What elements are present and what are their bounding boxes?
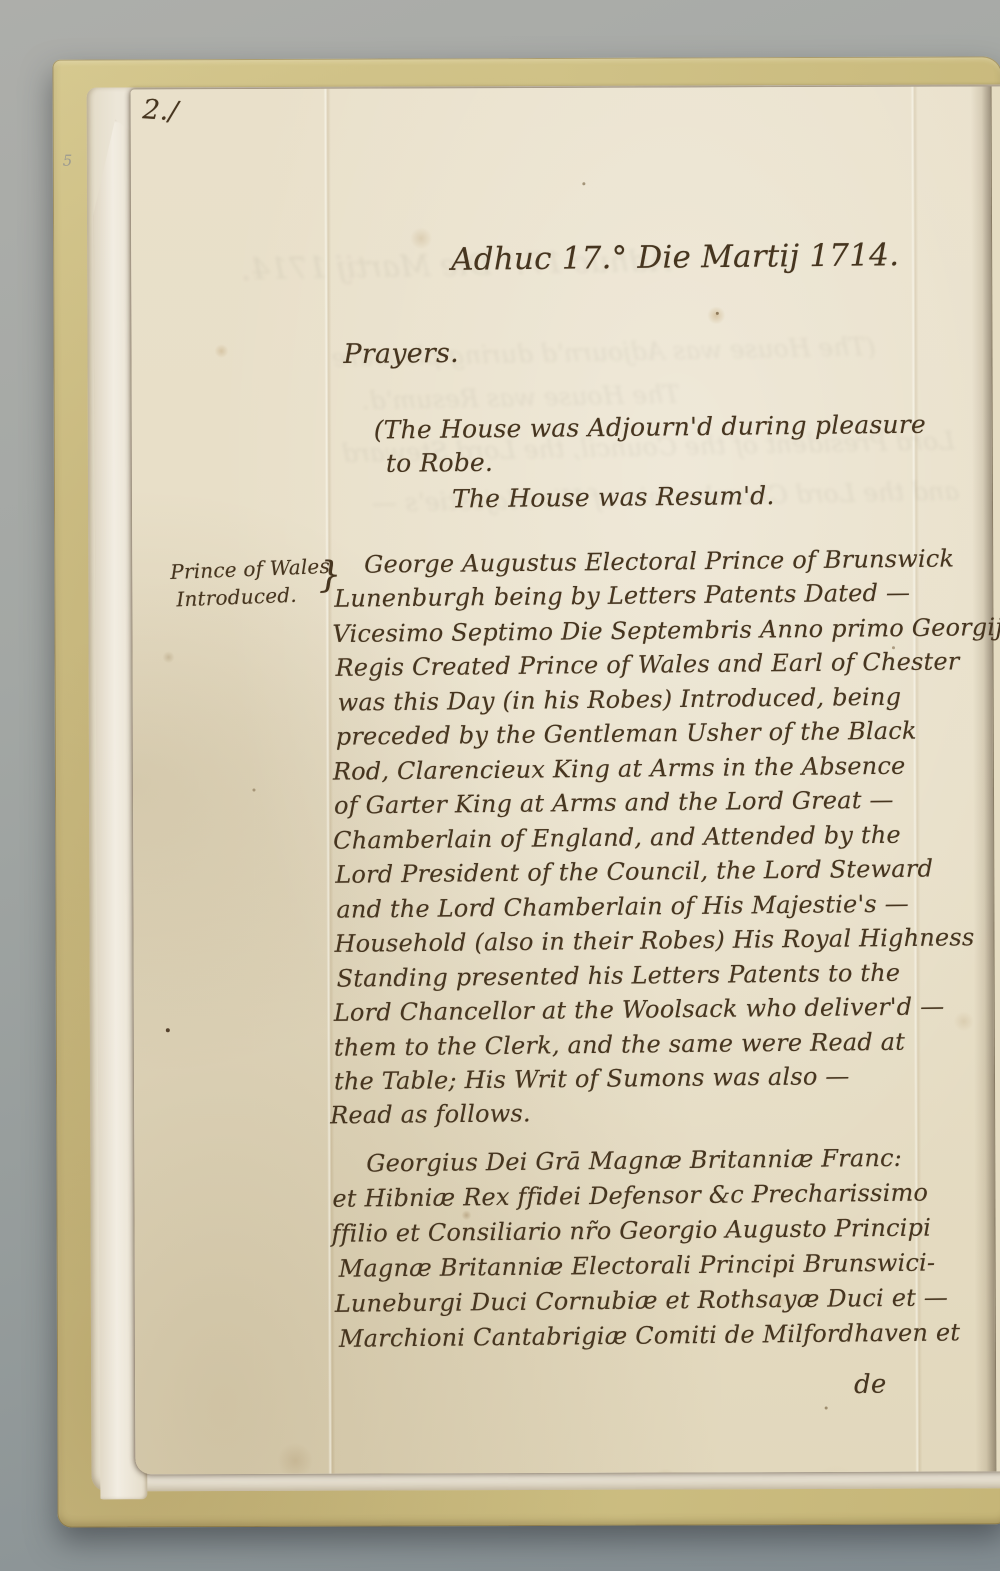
adjournment-line-1: (The House was Adjourn'd during pleasure (374, 410, 926, 445)
manuscript-line: Chamberlain of England, and Attended by … (333, 821, 901, 855)
manuscript-line: ffilio et Consiliario nr̃o Georgio Augus… (331, 1214, 931, 1248)
manuscript-line: Lunenburgh being by Letters Patents Date… (334, 579, 910, 613)
manuscript-photo: 5 Adhuc 17.° Die Martij 1714. (The House… (0, 0, 1000, 1571)
manuscript-line: Household (also in their Robes) His Roya… (334, 923, 974, 958)
manuscript-line: Read as follows. (330, 1099, 531, 1129)
adjournment-line-2: to Robe. (386, 448, 494, 478)
pencil-mark: 5 (63, 152, 73, 170)
page-heading: Adhuc 17.° Die Martij 1714. (451, 237, 899, 278)
manuscript-line: them to the Clerk, and the same were Rea… (334, 1028, 905, 1062)
manuscript-line: and the Lord Chamberlain of His Majestie… (336, 890, 909, 924)
resumed-line: The House was Resum'd. (452, 481, 775, 513)
margin-note-line: Introduced. (176, 583, 297, 612)
manuscript-line: Georgius Dei Grā Magnæ Britanniæ Franc: (366, 1144, 902, 1178)
manuscript-line: Marchioni Cantabrigiæ Comiti de Milfordh… (339, 1318, 961, 1353)
folio-number: 2./ (142, 94, 179, 127)
manuscript-line: Lord President of the Council, the Lord … (335, 855, 933, 889)
manuscript-line: the Table; His Writ of Sumons was also — (334, 1062, 850, 1095)
manuscript-line: Standing presented his Letters Patents t… (337, 959, 901, 993)
manuscript-line: Lord Chancellor at the Woolsack who deli… (334, 992, 945, 1026)
manuscript-line: Magnæ Britanniæ Electorali Principi Brun… (339, 1249, 936, 1283)
manuscript-line: preceded by the Gentleman Usher of the B… (336, 717, 917, 751)
ink-specks (131, 89, 133, 91)
manuscript-line: Luneburgi Duci Cornubiæ et Rothsayæ Duci… (335, 1283, 949, 1317)
manuscript-page: Adhuc 17.° Die Martij 1714. (The House w… (131, 86, 1000, 1474)
manuscript-line: George Augustus Electoral Prince of Brun… (364, 544, 954, 578)
margin-note-line: Prince of Wales (170, 554, 331, 584)
catchword: de (854, 1370, 887, 1400)
manuscript-line: Vicesimo Septimo Die Septembris Anno pri… (332, 613, 1000, 648)
manuscript-line: of Garter King at Arms and the Lord Grea… (334, 786, 894, 820)
manuscript-line: Rod, Clarencieux King at Arms in the Abs… (333, 752, 906, 786)
manuscript-line: was this Day (in his Robes) Introduced, … (338, 683, 902, 717)
prayers-label: Prayers. (343, 338, 459, 370)
book-cover: 5 Adhuc 17.° Die Martij 1714. (The House… (52, 56, 1000, 1527)
show-through-writing: The House was Resum'd. (361, 380, 680, 416)
manuscript-line: et Hibniæ Rex ffidei Defensor &c Prechar… (332, 1179, 928, 1213)
manuscript-line: Regis Created Prince of Wales and Earl o… (335, 647, 959, 682)
